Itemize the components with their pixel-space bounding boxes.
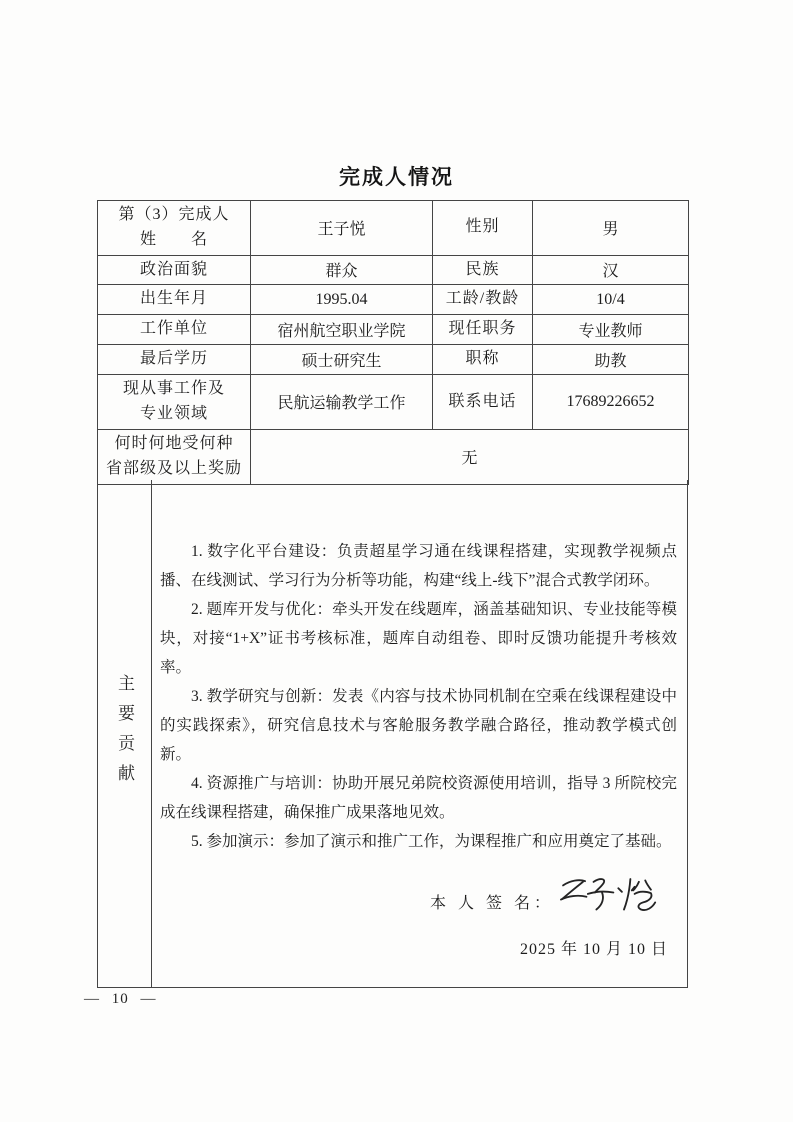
completer-info-table: 第（3）完成人 姓 名 王子悦 性别 男 政治面貌 群众 民族 汉 出生年月 1… (97, 200, 689, 485)
contribution-paragraph-1: 1. 数字化平台建设：负责超星学习通在线课程搭建，实现教学视频点播、在线测试、学… (160, 537, 677, 595)
field-value: 助教 (533, 345, 689, 375)
contribution-paragraph-3: 3. 教学研究与创新：发表《内容与技术协同机制在空乘在线课程建设中的实践探索》，… (160, 682, 677, 769)
field-value: 专业教师 (533, 315, 689, 345)
table-row-currentwork: 现从事工作及 专业领域 民航运输教学工作 联系电话 17689226652 (98, 374, 689, 429)
contributions-vertical-label: 主要贡献 (112, 674, 137, 794)
page-title: 完成人情况 (0, 161, 793, 191)
field-value: 汉 (533, 255, 689, 285)
field-label: 政治面貌 (98, 255, 251, 285)
scanned-form-page: 完成人情况 第（3）完成人 姓 名 王子悦 性别 男 政治面貌 群众 民族 汉 … (0, 0, 793, 1122)
table-row-workunit: 工作单位 宿州航空职业学院 现任职务 专业教师 (98, 315, 689, 345)
table-row-awards: 何时何地受何种 省部级及以上奖励 无 (98, 429, 689, 484)
field-label: 最后学历 (98, 345, 251, 375)
field-label: 职称 (433, 345, 533, 375)
signature-date: 2025 年 10 月 10 日 (160, 936, 677, 959)
field-label: 性别 (433, 201, 533, 256)
field-label: 工作单位 (98, 315, 251, 345)
field-value: 群众 (251, 255, 433, 285)
field-value: 男 (533, 201, 689, 256)
contributions-vertical-label-cell: 主要贡献 (98, 480, 152, 987)
field-label: 民族 (433, 255, 533, 285)
field-label: 出生年月 (98, 285, 251, 315)
field-value: 硕士研究生 (251, 345, 433, 375)
signature-row: 本 人 签 名： (160, 878, 677, 924)
field-value: 10/4 (533, 285, 689, 315)
field-label: 何时何地受何种 省部级及以上奖励 (98, 429, 251, 484)
field-label: 工龄/教龄 (433, 285, 533, 315)
contribution-paragraph-4: 4. 资源推广与培训：协助开展兄弟院校资源使用培训，指导 3 所院校完成在线课程… (160, 769, 677, 827)
field-value: 17689226652 (533, 374, 689, 429)
field-value: 宿州航空职业学院 (251, 315, 433, 345)
page-number: — 10 — (84, 991, 157, 1008)
field-label: 第（3）完成人 姓 名 (98, 201, 251, 256)
table-row-education: 最后学历 硕士研究生 职称 助教 (98, 345, 689, 375)
contribution-paragraph-5: 5. 参加演示：参加了演示和推广工作，为课程推广和应用奠定了基础。 (160, 827, 677, 856)
field-value: 1995.04 (251, 285, 433, 315)
table-row-name: 第（3）完成人 姓 名 王子悦 性别 男 (98, 201, 689, 256)
contributions-content: 1. 数字化平台建设：负责超星学习通在线课程搭建，实现教学视频点播、在线测试、学… (152, 480, 687, 987)
field-value: 民航运输教学工作 (251, 374, 433, 429)
contribution-paragraph-2: 2. 题库开发与优化：牵头开发在线题库，涵盖基础知识、专业技能等模块，对接“1+… (160, 595, 677, 682)
field-label: 现从事工作及 专业领域 (98, 374, 251, 429)
field-label: 现任职务 (433, 315, 533, 345)
field-value: 无 (251, 429, 689, 484)
field-value: 王子悦 (251, 201, 433, 256)
main-contributions-section: 主要贡献 1. 数字化平台建设：负责超星学习通在线课程搭建，实现教学视频点播、在… (97, 480, 688, 988)
table-row-politics: 政治面貌 群众 民族 汉 (98, 255, 689, 285)
signature-label: 本 人 签 名： (430, 890, 554, 913)
table-row-birth: 出生年月 1995.04 工龄/教龄 10/4 (98, 285, 689, 315)
handwritten-signature (556, 866, 658, 919)
field-label: 联系电话 (433, 374, 533, 429)
